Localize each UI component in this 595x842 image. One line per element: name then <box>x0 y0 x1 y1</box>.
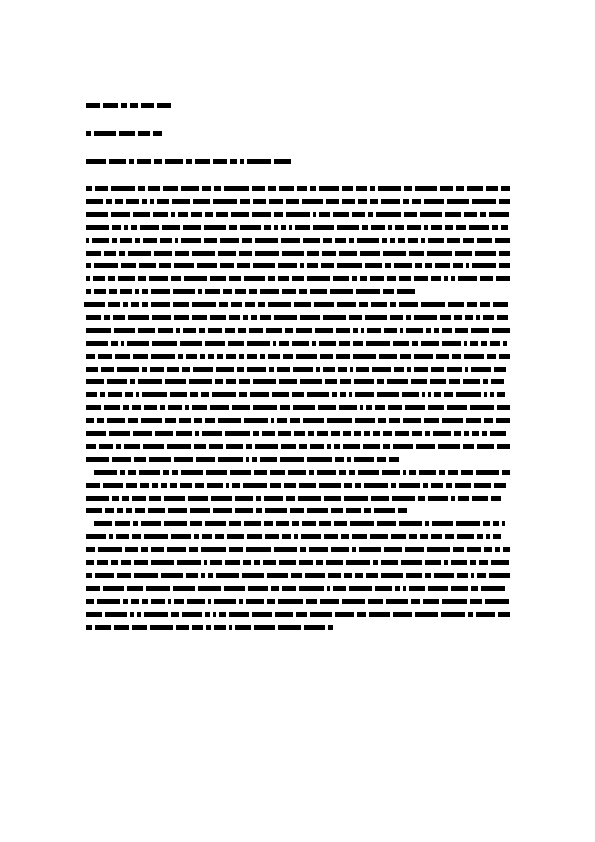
greeked-word <box>477 534 483 539</box>
greeked-word <box>214 625 226 630</box>
greeked-word <box>326 560 343 565</box>
greeked-word <box>467 547 481 552</box>
greeked-word <box>365 263 382 268</box>
greeked-word <box>215 534 224 539</box>
greeked-word <box>149 496 161 501</box>
greeked-word <box>451 560 467 565</box>
greeked-word <box>178 354 183 359</box>
greeked-word <box>197 263 217 268</box>
greeked-word <box>319 521 331 526</box>
greeked-word <box>86 508 102 513</box>
greeked-word <box>354 457 374 462</box>
greeked-word <box>265 534 279 539</box>
greeked-word <box>393 612 412 617</box>
greeked-word <box>214 186 221 191</box>
greeked-word <box>492 328 510 333</box>
greeked-word <box>483 315 494 320</box>
greeked-word <box>205 212 213 217</box>
greeked-word <box>302 199 323 204</box>
greeked-word <box>457 573 468 578</box>
greeked-word <box>209 444 223 449</box>
greeked-word <box>282 289 296 294</box>
greeked-word <box>205 612 210 617</box>
greeked-word <box>414 354 433 359</box>
greeked-word <box>470 599 482 604</box>
greeked-word <box>103 586 124 591</box>
greeked-word <box>349 470 355 475</box>
greeked-word <box>154 251 172 256</box>
greeked-word <box>347 457 351 462</box>
greeked-word <box>333 276 349 281</box>
greeked-word <box>190 508 210 513</box>
greeked-word <box>471 328 489 333</box>
greeked-word <box>206 625 211 630</box>
greeked-word <box>198 586 221 591</box>
greeked-word <box>340 379 351 384</box>
greeked-word <box>224 586 245 591</box>
greeked-word <box>425 521 429 526</box>
greeked-word <box>192 251 215 256</box>
greeked-word <box>496 418 510 423</box>
greeked-word <box>280 457 304 462</box>
greeked-word <box>246 599 264 604</box>
greeked-word <box>292 276 304 281</box>
greeked-word <box>306 599 317 604</box>
greeked-word <box>377 521 396 526</box>
greeked-word <box>425 573 431 578</box>
greeked-word <box>117 508 123 513</box>
greeked-word <box>86 457 109 462</box>
greeked-word <box>86 289 91 294</box>
greeked-word <box>343 431 351 436</box>
greeked-word <box>184 276 207 281</box>
greeked-word <box>390 302 396 307</box>
greeked-word <box>226 354 236 359</box>
greeked-word <box>371 225 385 230</box>
greeked-word <box>172 470 178 475</box>
greeked-word <box>208 599 211 604</box>
greeked-word <box>294 534 298 539</box>
greeked-word <box>104 405 120 410</box>
greeked-word <box>456 225 466 230</box>
greeked-word <box>152 341 177 346</box>
greeked-word <box>278 625 301 630</box>
greeked-word <box>112 225 121 230</box>
greeked-word <box>124 225 128 230</box>
greeked-word <box>86 251 101 256</box>
greeked-word <box>152 483 158 488</box>
greeked-word <box>421 302 445 307</box>
greeked-word <box>289 225 292 230</box>
greeked-word <box>464 354 484 359</box>
greeked-word <box>188 496 208 501</box>
greeked-word <box>86 392 97 397</box>
greeked-word <box>476 470 499 475</box>
greeked-word <box>427 547 450 552</box>
greeked-word <box>447 238 460 243</box>
greeked-word <box>86 341 108 346</box>
greeked-word <box>108 392 122 397</box>
greeked-word <box>258 302 265 307</box>
greeked-word <box>97 599 120 604</box>
greeked-word <box>212 392 236 397</box>
greeked-word <box>133 354 148 359</box>
greeked-word <box>86 560 94 565</box>
greeked-word <box>138 379 162 384</box>
body-text-line <box>86 276 510 281</box>
greeked-word <box>331 547 349 552</box>
greeked-word <box>245 302 255 307</box>
greeked-word <box>195 483 204 488</box>
greeked-word <box>231 302 242 307</box>
greeked-word <box>123 302 128 307</box>
greeked-word <box>239 354 244 359</box>
greeked-word <box>249 328 263 333</box>
greeked-word <box>95 573 114 578</box>
greeked-word <box>293 367 313 372</box>
greeked-word <box>349 238 354 243</box>
greeked-word <box>211 496 232 501</box>
greeked-word <box>97 418 104 423</box>
body-text-line <box>86 612 510 617</box>
greeked-word <box>490 392 494 397</box>
greeked-word <box>435 263 450 268</box>
greeked-word <box>86 131 91 136</box>
body-text-line <box>84 302 510 307</box>
greeked-word <box>237 367 244 372</box>
greeked-word <box>205 289 220 294</box>
greeked-word <box>300 315 320 320</box>
greeked-word <box>291 573 302 578</box>
greeked-word <box>334 521 347 526</box>
body-text-line <box>86 341 510 346</box>
greeked-word <box>432 521 453 526</box>
greeked-word <box>409 251 424 256</box>
greeked-word <box>126 508 132 513</box>
greeked-word <box>489 212 509 217</box>
greeked-word <box>385 263 391 268</box>
greeked-word <box>235 496 253 501</box>
greeked-word <box>483 379 488 384</box>
greeked-word <box>148 186 160 191</box>
greeked-word <box>371 302 387 307</box>
greeked-word <box>335 238 346 243</box>
greeked-word <box>477 238 492 243</box>
greeked-word <box>268 302 291 307</box>
greeked-word <box>343 444 360 449</box>
greeked-word <box>339 470 346 475</box>
greeked-word <box>105 508 114 513</box>
greeked-word <box>370 186 375 191</box>
greeked-word <box>452 354 461 359</box>
body-text-line <box>86 534 510 539</box>
greeked-word <box>135 508 145 513</box>
greeked-word <box>503 341 507 346</box>
greeked-word <box>434 392 441 397</box>
greeked-word <box>302 521 316 526</box>
greeked-word <box>213 612 216 617</box>
greeked-word <box>359 302 368 307</box>
greeked-word <box>229 225 237 230</box>
greeked-word <box>470 405 494 410</box>
greeked-word <box>253 263 275 268</box>
greeked-word <box>281 444 296 449</box>
greeked-word <box>324 496 341 501</box>
greeked-word <box>332 392 337 397</box>
greeked-word <box>359 547 381 552</box>
greeked-word <box>427 251 452 256</box>
greeked-word <box>204 225 226 230</box>
greeked-word <box>101 367 114 372</box>
greeked-word <box>477 573 486 578</box>
greeked-word <box>482 431 487 436</box>
greeked-word <box>431 367 444 372</box>
greeked-word <box>428 586 448 591</box>
greeked-word <box>317 431 328 436</box>
greeked-word <box>141 521 161 526</box>
greeked-word <box>370 276 384 281</box>
greeked-word <box>181 238 201 243</box>
greeked-word <box>109 534 113 539</box>
greeked-word <box>244 521 261 526</box>
greeked-word <box>483 521 490 526</box>
greeked-word <box>463 238 474 243</box>
greeked-word <box>157 199 169 204</box>
greeked-word <box>336 354 350 359</box>
greeked-word <box>243 560 251 565</box>
greeked-word <box>144 405 157 410</box>
greeked-word <box>214 599 236 604</box>
greeked-word <box>243 315 248 320</box>
greeked-word <box>217 354 223 359</box>
greeked-word <box>431 534 442 539</box>
greeked-word <box>140 483 149 488</box>
greeked-word <box>264 521 273 526</box>
greeked-word <box>86 496 109 501</box>
greeked-word <box>158 328 173 333</box>
greeked-word <box>327 586 330 591</box>
greeked-word <box>307 251 319 256</box>
greeked-word <box>141 547 148 552</box>
greeked-word <box>267 573 288 578</box>
greeked-word <box>333 586 346 591</box>
greeked-word <box>194 534 199 539</box>
greeked-word <box>319 341 336 346</box>
greeked-word <box>247 367 266 372</box>
greeked-word <box>447 367 462 372</box>
greeked-word <box>495 547 500 552</box>
greeked-word <box>377 379 384 384</box>
greeked-word <box>277 418 287 423</box>
greeked-word <box>181 470 203 475</box>
greeked-word <box>116 534 129 539</box>
greeked-word <box>139 263 156 268</box>
greeked-word <box>476 612 495 617</box>
greeked-word <box>138 276 146 281</box>
greeked-word <box>264 496 283 501</box>
greeked-word <box>342 599 365 604</box>
greeked-word <box>286 199 299 204</box>
greeked-word <box>442 599 467 604</box>
greeked-word <box>442 418 463 423</box>
greeked-word <box>252 186 265 191</box>
greeked-word <box>161 573 183 578</box>
greeked-word <box>246 457 249 462</box>
greeked-word <box>270 483 281 488</box>
greeked-word <box>168 405 182 410</box>
greeked-word <box>307 457 332 462</box>
greeked-word <box>434 328 439 333</box>
greeked-word <box>361 328 364 333</box>
greeked-word <box>431 225 442 230</box>
greeked-word <box>174 263 194 268</box>
greeked-word <box>125 547 138 552</box>
greeked-word <box>218 457 243 462</box>
greeked-word <box>128 470 136 475</box>
greeked-word <box>498 612 510 617</box>
greeked-word <box>300 263 304 268</box>
greeked-word <box>190 521 202 526</box>
greeked-word <box>142 599 148 604</box>
greeked-word <box>406 573 422 578</box>
greeked-word <box>167 547 186 552</box>
greeked-word <box>196 457 215 462</box>
greeked-word <box>198 289 202 294</box>
greeked-word <box>94 521 112 526</box>
greeked-word <box>414 367 428 372</box>
greeked-word <box>157 103 171 108</box>
greeked-word <box>133 431 152 436</box>
greeked-word <box>165 418 176 423</box>
greeked-word <box>125 392 133 397</box>
greeked-word <box>480 302 490 307</box>
greeked-word <box>128 315 149 320</box>
greeked-word <box>444 276 448 281</box>
greeked-word <box>107 418 125 423</box>
greeked-word <box>195 159 210 164</box>
greeked-word <box>480 276 493 281</box>
greeked-word <box>108 276 115 281</box>
greeked-word <box>474 483 491 488</box>
greeked-word <box>143 238 157 243</box>
body-text-line <box>94 470 510 475</box>
greeked-word <box>181 186 199 191</box>
greeked-word <box>324 534 338 539</box>
greeked-word <box>176 328 180 333</box>
greeked-word <box>415 263 422 268</box>
greeked-word <box>280 405 290 410</box>
greeked-word <box>176 431 192 436</box>
greeked-word <box>356 289 380 294</box>
greeked-word <box>239 379 250 384</box>
greeked-word <box>440 186 453 191</box>
greeked-word <box>395 431 409 436</box>
greeked-word <box>414 276 428 281</box>
greeked-word <box>240 225 261 230</box>
greeked-word <box>229 521 241 526</box>
greeked-word <box>441 612 465 617</box>
greeked-word <box>165 159 183 164</box>
greeked-word <box>159 263 171 268</box>
greeked-word <box>255 251 279 256</box>
greeked-word <box>352 212 365 217</box>
greeked-word <box>300 379 322 384</box>
greeked-word <box>331 508 343 513</box>
greeked-word <box>342 186 353 191</box>
greeked-word <box>494 367 506 372</box>
greeked-word <box>138 186 145 191</box>
greeked-word <box>433 431 451 436</box>
greeked-word <box>192 405 207 410</box>
greeked-word <box>472 263 496 268</box>
greeked-word <box>277 367 290 372</box>
greeked-word <box>425 560 441 565</box>
greeked-word <box>173 302 189 307</box>
greeked-word <box>314 302 334 307</box>
greeked-word <box>225 431 250 436</box>
greeked-word <box>476 315 480 320</box>
greeked-word <box>470 560 476 565</box>
greeked-word <box>486 534 490 539</box>
greeked-word <box>282 251 304 256</box>
greeked-word <box>403 418 421 423</box>
greeked-word <box>86 599 94 604</box>
greeked-word <box>458 496 469 501</box>
greeked-word <box>387 379 408 384</box>
greeked-word <box>232 405 250 410</box>
greeked-word <box>285 328 293 333</box>
greeked-word <box>86 444 96 449</box>
greeked-word <box>177 560 201 565</box>
greeked-word <box>114 328 135 333</box>
body-text-line <box>86 457 399 462</box>
greeked-word <box>493 534 501 539</box>
greeked-word <box>300 547 306 552</box>
greeked-word <box>481 586 505 591</box>
greeked-word <box>338 367 347 372</box>
greeked-word <box>132 405 141 410</box>
greeked-word <box>369 612 390 617</box>
greeked-word <box>138 328 155 333</box>
greeked-word <box>194 444 206 449</box>
greeked-word <box>349 315 362 320</box>
greeked-word <box>387 276 396 281</box>
greeked-word <box>278 263 297 268</box>
greeked-word <box>309 470 314 475</box>
greeked-word <box>202 431 222 436</box>
body-text-line <box>86 263 510 268</box>
greeked-word <box>366 341 390 346</box>
greeked-word <box>239 599 243 604</box>
greeked-word <box>466 263 469 268</box>
greeked-word <box>134 457 146 462</box>
greeked-word <box>431 276 441 281</box>
body-text-line <box>86 444 510 449</box>
greeked-word <box>405 405 425 410</box>
greeked-word <box>207 483 223 488</box>
greeked-word <box>458 276 477 281</box>
greeked-word <box>456 392 481 397</box>
greeked-word <box>183 328 196 333</box>
greeked-word <box>344 496 368 501</box>
greeked-word <box>167 444 191 449</box>
greeked-word <box>200 354 205 359</box>
greeked-word <box>315 328 333 333</box>
greeked-word <box>205 521 226 526</box>
greeked-word <box>421 238 425 243</box>
greeked-word <box>225 560 240 565</box>
greeked-word <box>114 625 129 630</box>
